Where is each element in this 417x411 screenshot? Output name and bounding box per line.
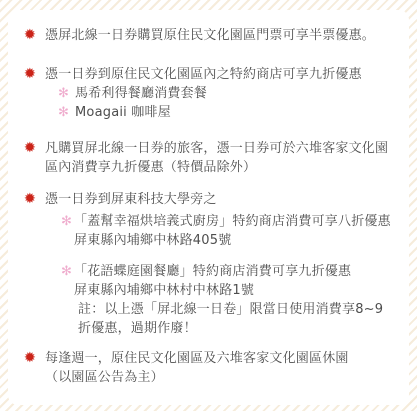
red-starburst-bullet-icon: ✹ bbox=[24, 26, 45, 45]
sub-item-text: 馬希利得餐廳消費套餐 bbox=[75, 84, 207, 103]
item-text: 凡購買屏北線一日券的旅客，憑一日券可於六堆客家文化園 區內消費享九折優惠（特價品… bbox=[45, 139, 397, 177]
address-text: 屏東縣內埔鄉中林村中林路1號 bbox=[74, 281, 397, 300]
item-text: 憑屏北線一日券購買原住民文化園區門票可享半票優惠。 bbox=[45, 26, 397, 45]
sub-item-text: Moagaii 咖啡屋 bbox=[75, 103, 171, 122]
sub-item: ✻ 「花語蝶庭園餐廳」特約商店消費可享九折優惠 屏東縣內埔鄉中林村中林路1號 註… bbox=[61, 262, 397, 338]
sub-item-text: 「蓋幫幸福烘培義式廚房」特約商店消費可享八折優惠 bbox=[74, 212, 397, 231]
info-panel: ✹ 憑屏北線一日券購買原住民文化園區門票可享半票優惠。 ✹ 憑一日券到原住民文化… bbox=[8, 10, 409, 405]
list-item-1: ✹ 憑屏北線一日券購買原住民文化園區門票可享半票優惠。 bbox=[24, 26, 397, 45]
address-text: 屏東縣內埔鄉中林路405號 bbox=[74, 231, 397, 250]
note-text: 註：以上憑「屏北線一日卷」限當日使用消費享8~9 折優惠，過期作廢！ bbox=[74, 300, 397, 338]
pink-asterisk-bullet-icon: ✻ bbox=[61, 212, 74, 231]
pink-asterisk-bullet-icon: ✻ bbox=[58, 103, 75, 122]
red-starburst-bullet-icon: ✹ bbox=[24, 349, 45, 368]
red-starburst-bullet-icon: ✹ bbox=[24, 139, 45, 158]
pink-asterisk-bullet-icon: ✻ bbox=[61, 262, 74, 281]
red-starburst-bullet-icon: ✹ bbox=[24, 190, 45, 209]
sub-item-text: 「花語蝶庭園餐廳」特約商店消費可享九折優惠 bbox=[74, 262, 397, 281]
list-item-5: ✹ 每逢週一，原住民文化園區及六堆客家文化園區休園 （以園區公告為主） bbox=[24, 349, 397, 387]
list-item-4: ✹ 憑一日券到屏東科技大學旁之 ✻ 「蓋幫幸福烘培義式廚房」特約商店消費可享八折… bbox=[24, 190, 397, 338]
list-item-3: ✹ 凡購買屏北線一日券的旅客，憑一日券可於六堆客家文化園 區內消費享九折優惠（特… bbox=[24, 139, 397, 177]
sub-item: ✻ 「蓋幫幸福烘培義式廚房」特約商店消費可享八折優惠 屏東縣內埔鄉中林路405號 bbox=[61, 212, 397, 250]
item-text: 憑一日券到屏東科技大學旁之 bbox=[45, 190, 397, 209]
item-text: 憑一日券到原住民文化園區內之特約商店可享九折優惠 bbox=[45, 65, 397, 84]
red-starburst-bullet-icon: ✹ bbox=[24, 65, 45, 84]
list-item-2: ✹ 憑一日券到原住民文化園區內之特約商店可享九折優惠 ✻ 馬希利得餐廳消費套餐 … bbox=[24, 65, 397, 122]
sub-item: ✻ Moagaii 咖啡屋 bbox=[58, 103, 397, 122]
pink-asterisk-bullet-icon: ✻ bbox=[58, 84, 75, 103]
item-text: 每逢週一，原住民文化園區及六堆客家文化園區休園 （以園區公告為主） bbox=[45, 349, 397, 387]
sub-item: ✻ 馬希利得餐廳消費套餐 bbox=[58, 84, 397, 103]
